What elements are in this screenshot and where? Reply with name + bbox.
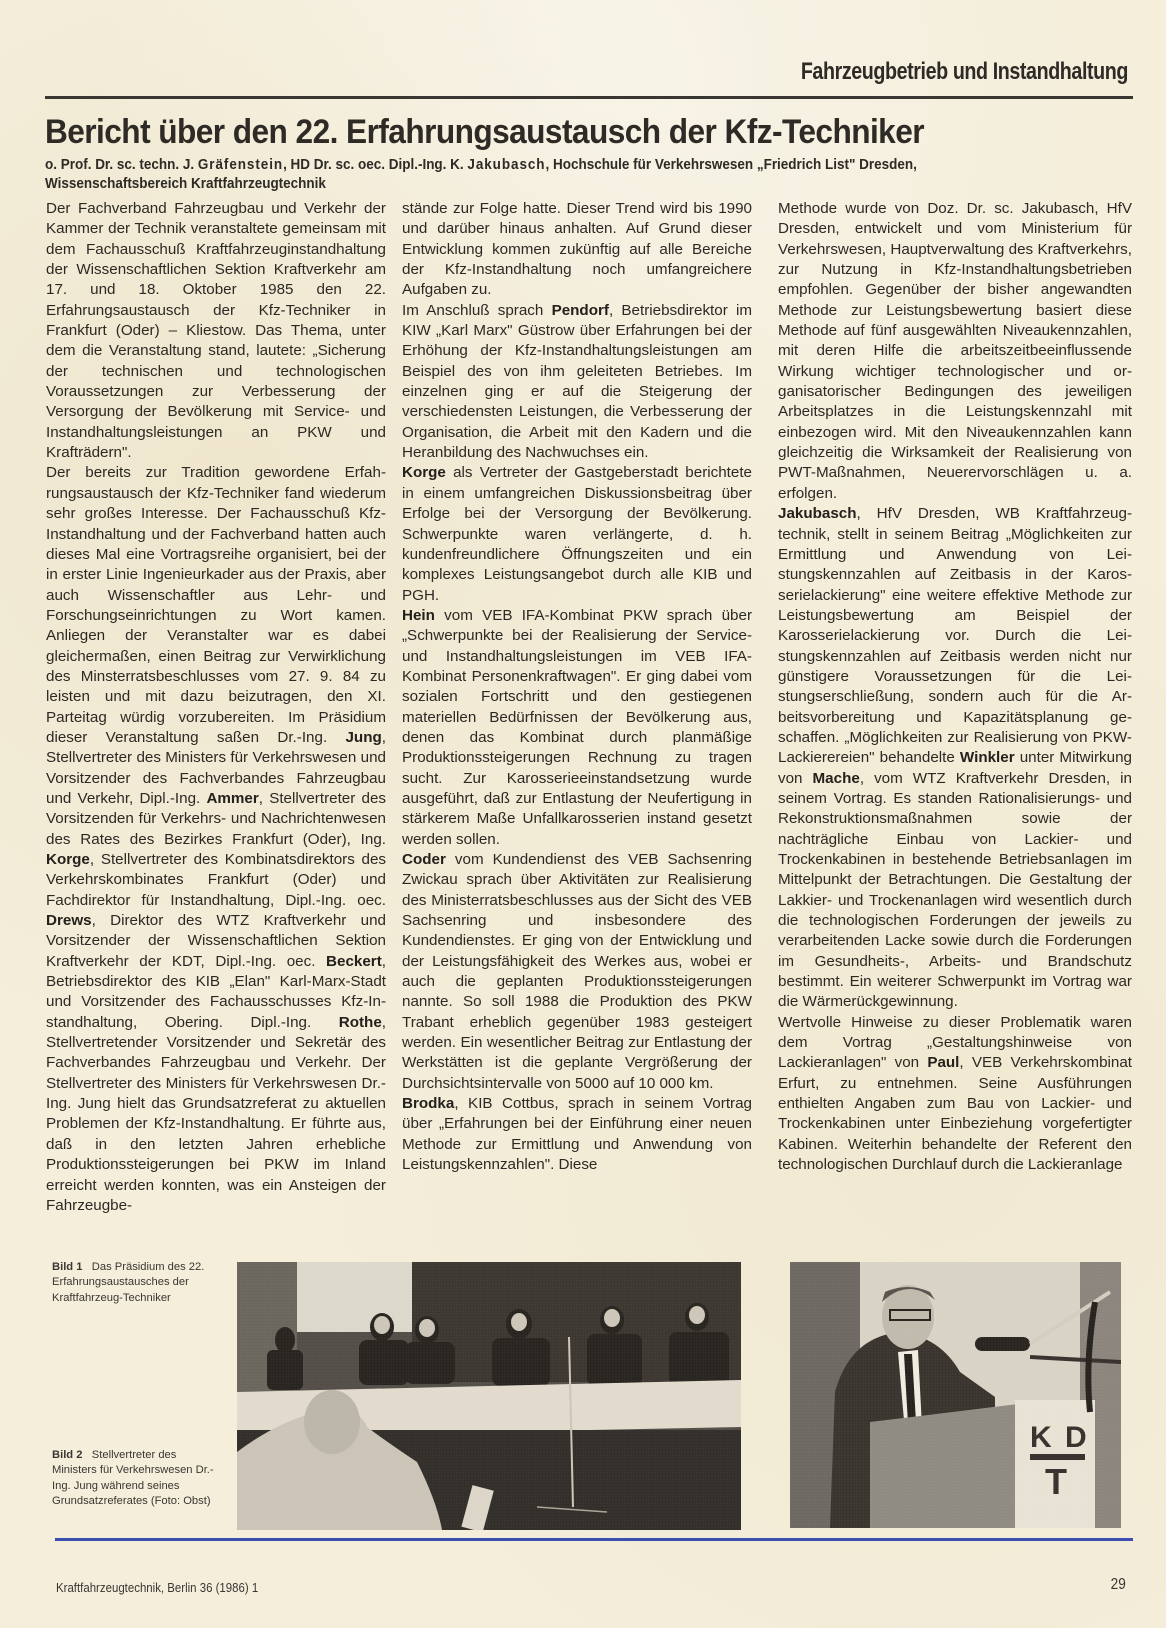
- section-header: Fahrzeugbetrieb und Instandhaltung: [801, 58, 1128, 86]
- article-column-3: Methode wurde von Doz. Dr. sc. Jakubasch…: [778, 199, 1132, 1176]
- text-run: vom Kundendienst des VEB Sachsen­ring Zw…: [402, 851, 752, 1092]
- paragraph: Hein vom VEB IFA-Kombinat PKW sprach übe…: [402, 606, 752, 850]
- person-name: Beckert: [326, 953, 382, 970]
- paragraph: Methode wurde von Doz. Dr. sc. Jakubasch…: [778, 199, 1132, 504]
- person-name: Pendorf: [552, 302, 609, 319]
- person-name: Drews: [46, 912, 92, 929]
- person-name: Coder: [402, 851, 446, 868]
- text-run: , VEB Ver­kehrskombinat Erfurt, zu entne…: [778, 1054, 1132, 1173]
- authors-department: Wissenschaftsbereich Kraftfahrzeugtechni…: [45, 176, 326, 192]
- page-number: 29: [1111, 1576, 1126, 1594]
- person-name: Korge: [46, 851, 90, 868]
- paragraph: Korge als Vertreter der Gastgeberstadt b…: [402, 463, 752, 605]
- paragraph: Brodka, KIB Cottbus, sprach in seinem Vo…: [402, 1094, 752, 1175]
- text-run: , KIB Cottbus, sprach in seinem Vor­trag…: [402, 1095, 752, 1173]
- paragraph: Der bereits zur Tradition gewordene Erfa…: [46, 463, 386, 1216]
- presidium-photo-icon: [237, 1262, 741, 1530]
- text-run: Der bereits zur Tradition gewordene Erfa…: [46, 464, 386, 745]
- person-name: Hein: [402, 607, 435, 624]
- speaker-photo-icon: K D T: [790, 1262, 1121, 1528]
- person-name: Rothe: [339, 1014, 382, 1031]
- figure-label: Bild 1: [52, 1261, 82, 1273]
- authors-text: o. Prof. Dr. sc. techn. J.: [45, 157, 198, 173]
- authors-affiliation: , Hochschule für Verkehrswesen „Friedric…: [545, 157, 916, 173]
- text-run: Im Anschluß sprach: [402, 302, 552, 319]
- journal-citation: Kraftfahrzeugtechnik, Berlin 36 (1986) 1: [56, 1580, 258, 1595]
- person-name: Jung: [345, 729, 381, 746]
- paragraph: Jakubasch, HfV Dresden, WB Kraftfahrzeug…: [778, 504, 1132, 1013]
- paragraph: Der Fachverband Fahrzeugbau und Verkehr …: [46, 199, 386, 463]
- paragraph: Coder vom Kundendienst des VEB Sachsen­r…: [402, 850, 752, 1094]
- text-run: , Stellvertreter des Kombinatsdirektors …: [46, 851, 386, 909]
- paragraph: stände zur Folge hatte. Dieser Trend wir…: [402, 199, 752, 301]
- author-name: Jakubasch: [467, 157, 545, 173]
- figure-label: Bild 2: [52, 1449, 82, 1461]
- person-name: Ammer: [206, 790, 258, 807]
- person-name: Jakubasch: [778, 505, 857, 522]
- header-rule: [45, 96, 1133, 99]
- text-run: , vom WTZ Kraftverkehr Dresden, in seine…: [778, 770, 1132, 1011]
- person-name: Winkler: [960, 749, 1015, 766]
- figure-caption-1: Bild 1 Das Präsidium des 22. Erfahrungsa…: [52, 1260, 217, 1306]
- text-run: , HfV Dresden, WB Kraftfahrzeug­technik,…: [778, 505, 1132, 766]
- authors-text: , HD Dr. sc. oec. Dipl.-Ing. K.: [283, 157, 467, 173]
- person-name: Paul: [927, 1054, 959, 1071]
- person-name: Brodka: [402, 1095, 454, 1112]
- person-name: Mache: [813, 770, 860, 787]
- text-run: als Vertreter der Gastgeberstadt be­rich…: [402, 464, 752, 603]
- figure-caption-2: Bild 2 Stellvertreter des Ministers für …: [52, 1448, 217, 1509]
- footer-rule: [55, 1538, 1133, 1541]
- text-run: vom VEB IFA-Kombinat PKW sprach über „Sc…: [402, 607, 752, 848]
- article-title: Bericht über den 22. Erfahrungsaustausch…: [45, 113, 924, 152]
- text-run: , Stellvertretender Vorsitzender und Sek…: [46, 1014, 386, 1214]
- author-name: Gräfenstein: [198, 157, 283, 173]
- article-authors: o. Prof. Dr. sc. techn. J. Gräfenstein, …: [45, 156, 1068, 194]
- paragraph: Wertvolle Hinweise zu dieser Problematik…: [778, 1013, 1132, 1176]
- photo-speaker: K D T: [790, 1262, 1121, 1528]
- text-run: , Betriebsdirek­tor im KIW „Karl Marx" G…: [402, 302, 752, 461]
- paragraph: Im Anschluß sprach Pendorf, Betriebsdire…: [402, 301, 752, 464]
- photo-presidium: [237, 1262, 741, 1530]
- article-column-2: stände zur Folge hatte. Dieser Trend wir…: [402, 199, 752, 1176]
- article-column-1: Der Fachverband Fahrzeugbau und Verkehr …: [46, 199, 386, 1216]
- person-name: Korge: [402, 464, 446, 481]
